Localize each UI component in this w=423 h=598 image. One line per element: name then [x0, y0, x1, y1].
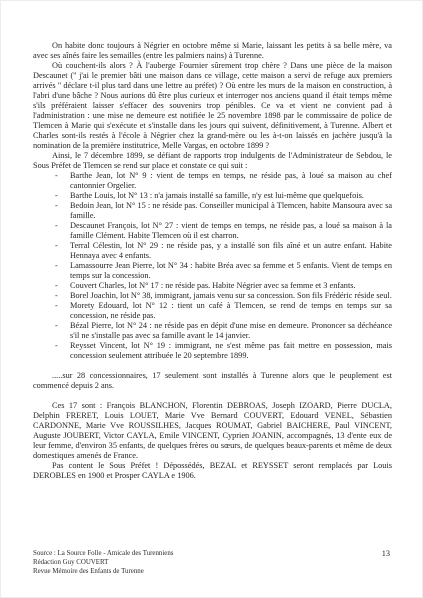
list-item: -Barthe Jean, lot N° 9 : vient de temps …	[70, 171, 392, 191]
bullet-dash: -	[55, 221, 58, 231]
bullet-dash: -	[55, 301, 58, 311]
list-item: -Reysset Vincent, lot N° 19 : immigrant,…	[70, 341, 392, 361]
opening-paragraph: On habite donc toujours à Négrier en oct…	[33, 41, 392, 61]
bullet-dash: -	[55, 321, 58, 331]
list-item: -Bézal Pierre, lot N° 24 : ne réside pas…	[70, 321, 392, 341]
spacer	[33, 361, 392, 371]
page-number: 13	[382, 549, 390, 558]
bullet-dash: -	[55, 281, 58, 291]
settlers-paragraph: Ces 17 sont : François BLANCHON, Florent…	[33, 401, 392, 461]
page-body: On habite donc toujours à Négrier en oct…	[0, 0, 423, 598]
list-item: -Descaunet François, lot N° 27 : vient d…	[70, 221, 392, 241]
list-item: -Borel Joachin, lot N° 38, immigrant, ja…	[70, 291, 392, 301]
inspection-list: -Barthe Jean, lot N° 9 : vient de temps …	[33, 171, 392, 361]
bullet-dash: -	[55, 261, 58, 271]
list-item-text: Reysset Vincent, lot N° 19 : immigrant, …	[70, 341, 392, 360]
list-item-text: Bedoin Jean, lot N° 15 : ne réside pas. …	[70, 201, 392, 220]
list-item-text: Borel Joachin, lot N° 38, immigrant, jam…	[70, 291, 392, 300]
list-item-text: Barthe Louis, lot N° 13 : n'a jamais ins…	[70, 191, 364, 200]
page-footer: Source : La Source Folle - Amicale des T…	[33, 549, 392, 577]
list-item: -Barthe Louis, lot N° 13 : n'a jamais in…	[70, 191, 392, 201]
list-item-text: Couvert Charles, lot N° 17 : ne réside p…	[70, 281, 356, 290]
list-item-text: Morety Edouard, lot N° 12 : tient un caf…	[70, 301, 392, 320]
bullet-dash: -	[55, 191, 58, 201]
list-item: -Lamassourre Jean Pierre, lot N° 34 : ha…	[70, 261, 392, 281]
list-item: -Couvert Charles, lot N° 17 : ne réside …	[70, 281, 392, 291]
list-item-text: Terral Célestin, lot N° 29 : ne réside p…	[70, 241, 392, 260]
list-item: -Terral Célestin, lot N° 29 : ne réside …	[70, 241, 392, 261]
lodging-paragraph: Où couchent-ils alors ? À l'auberge Four…	[33, 61, 392, 151]
bullet-dash: -	[55, 291, 58, 301]
bullet-dash: -	[55, 201, 58, 211]
footer-source-line: Source : La Source Folle - Amicale des T…	[33, 549, 392, 558]
list-item: -Morety Edouard, lot N° 12 : tient un ca…	[70, 301, 392, 321]
list-item: -Bedoin Jean, lot N° 15 : ne réside pas.…	[70, 201, 392, 221]
footer-redaction-line: Rédaction Guy COUVERT	[33, 558, 392, 567]
spacer	[33, 391, 392, 401]
footer-revue-line: Revue Mémoire des Enfants de Turenne	[33, 567, 392, 576]
list-item-text: Lamassourre Jean Pierre, lot N° 34 : hab…	[70, 261, 392, 280]
summary-paragraph: .....sur 28 concessionnaires, 17 seuleme…	[33, 371, 392, 391]
list-item-text: Bézal Pierre, lot N° 24 : ne réside pas …	[70, 321, 392, 340]
bullet-dash: -	[55, 241, 58, 251]
closing-paragraph: Pas content le Sous Préfet ! Dépossédés,…	[33, 461, 392, 481]
bullet-dash: -	[55, 341, 58, 351]
bullet-dash: -	[55, 171, 58, 181]
list-item-text: Descaunet François, lot N° 27 : vient de…	[70, 221, 392, 240]
document-page: { "document": { "bullet": "-", "paragrap…	[0, 0, 423, 598]
inspection-intro-paragraph: Ainsi, le 7 décembre 1899, se défiant de…	[33, 151, 392, 171]
list-item-text: Barthe Jean, lot N° 9 : vient de temps e…	[70, 171, 392, 190]
